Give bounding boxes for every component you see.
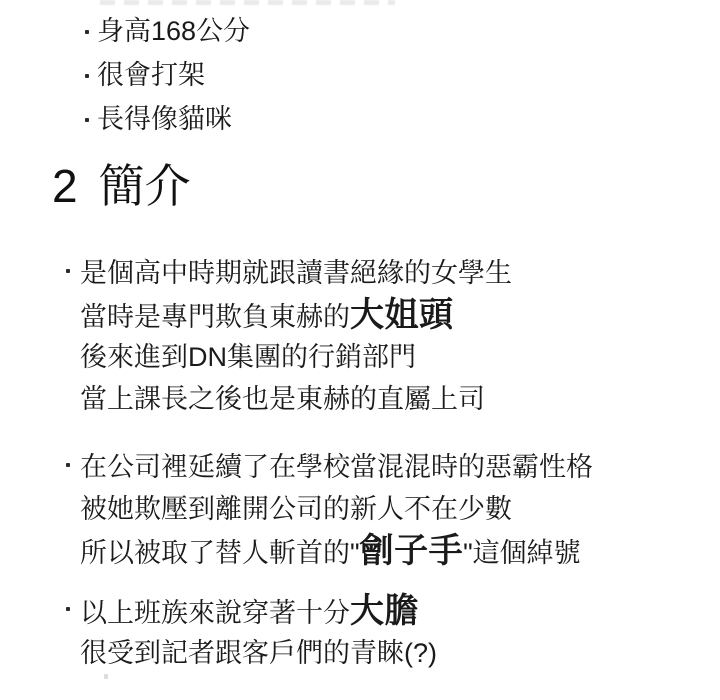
cutoff-text-remnant (100, 0, 395, 5)
bold-text-segment: 大姐頭 (350, 296, 454, 334)
text-segment: 以上班族來說穿著十分 (80, 598, 350, 628)
list-item: 長得像貓咪 (97, 97, 250, 141)
bullet-dot-icon (66, 607, 70, 611)
bullet-dot-icon (85, 74, 89, 78)
intro-paragraph: 以上班族來說穿著十分大膽 很受到記者跟客戶們的青睞(?) (80, 590, 437, 674)
text-line: 在公司裡延續了在學校當混混時的惡霸性格 (80, 446, 593, 488)
text-segment: 當時是專門欺負東赫的 (80, 302, 350, 332)
bold-text-segment: 劊子手 (360, 532, 464, 570)
text-line: 當時是專門欺負東赫的大姐頭 (80, 294, 512, 336)
text-line: 被她欺壓到離開公司的新人不在少數 (80, 488, 593, 530)
text-line: 當上課長之後也是東赫的直屬上司 (80, 378, 512, 420)
bullet-dot-icon (104, 674, 108, 679)
bullet-dot-icon (66, 463, 70, 467)
text-segment: "這個綽號 (463, 538, 581, 568)
list-item: 很會打架 (97, 53, 250, 97)
traits-list: 身高168公分 很會打架 長得像貓咪 (97, 9, 250, 141)
text-segment: 後來進到DN集團的行銷部門 (80, 342, 416, 372)
text-segment: 很受到記者跟客戶們的青睞(?) (80, 638, 437, 668)
text-line: 以上班族來說穿著十分大膽 (80, 590, 437, 632)
list-item: 身高168公分 (97, 9, 250, 53)
bold-text-segment: 大膽 (350, 592, 419, 630)
text-line: 後來進到DN集團的行銷部門 (80, 336, 512, 378)
bullet-dot-icon (85, 30, 89, 34)
trait-text: 身高168公分 (97, 16, 250, 46)
text-line: 所以被取了替人斬首的"劊子手"這個綽號 (80, 530, 593, 572)
text-segment: 是個高中時期就跟讀書絕緣的女學生 (80, 258, 512, 288)
intro-paragraph: 是個高中時期就跟讀書絕緣的女學生 當時是專門欺負東赫的大姐頭 後來進到DN集團的… (80, 252, 512, 420)
document-page: 身高168公分 很會打架 長得像貓咪 2 簡介 是個高中時期就跟讀書絕緣的女學生… (0, 0, 720, 700)
bullet-dot-icon (85, 118, 89, 122)
text-segment: 所以被取了替人斬首的" (80, 538, 360, 568)
intro-paragraph: 在公司裡延續了在學校當混混時的惡霸性格 被她欺壓到離開公司的新人不在少數 所以被… (80, 446, 593, 572)
trait-text: 很會打架 (97, 60, 205, 90)
section-heading: 2 簡介 (52, 160, 191, 213)
text-line: 是個高中時期就跟讀書絕緣的女學生 (80, 252, 512, 294)
text-segment: 被她欺壓到離開公司的新人不在少數 (80, 494, 512, 524)
text-segment: 當上課長之後也是東赫的直屬上司 (80, 384, 485, 414)
text-segment: 在公司裡延續了在學校當混混時的惡霸性格 (80, 452, 593, 482)
bullet-dot-icon (66, 269, 70, 273)
section-number: 2 (52, 160, 78, 213)
text-line: 很受到記者跟客戶們的青睞(?) (80, 632, 437, 674)
section-title: 簡介 (99, 160, 191, 213)
trait-text: 長得像貓咪 (97, 104, 232, 134)
